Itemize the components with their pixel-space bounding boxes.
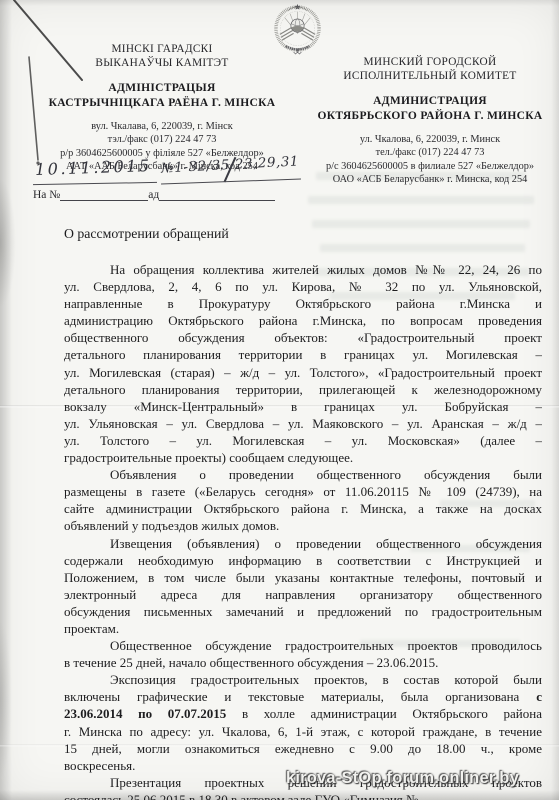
body-line-bold-text: с	[536, 689, 542, 704]
bleed-through-text	[308, 196, 534, 204]
body-line-text: Объявления о проведении общественного об…	[110, 467, 542, 482]
letterhead-left: МІНСКІ ГАРАДСКІ ВЫКАНАЎЧЫ КАМІТЭТ АДМІНІ…	[28, 42, 296, 173]
body-line-text: Извещения (объявления) о проведении обще…	[110, 536, 542, 551]
body-line-text: ул. Могилевская (старая) – ж/д – ул. Тол…	[64, 365, 542, 380]
body-line-text: ул. Толстого – ул. Могилевская – ул. Мос…	[64, 433, 542, 448]
bleed-through-text	[320, 244, 525, 252]
body-line: 23.06.2014 по 07.07.2015 в холле админис…	[64, 705, 542, 722]
reply-infix: ад	[148, 189, 159, 201]
body-line-text: воскресенья.	[64, 758, 135, 773]
body-line: администрацию Октябрьского района г.Минс…	[64, 312, 542, 329]
body-line-text: объявлений у подъездов жилых домов.	[64, 518, 279, 533]
body-line-text: в течение 25 дней, начало общественного …	[64, 655, 438, 670]
body-line: детального планирования территории, прил…	[64, 381, 542, 398]
address-line: тел./факс (017) 224 47 73	[303, 146, 557, 159]
body-line-text: 15 дней, могли ознакомиться ежедневно с …	[64, 741, 542, 756]
body-line: сайте администрации Октябрьского района …	[64, 500, 542, 517]
body-line-text: администрацию Октябрьского района г.Минс…	[64, 313, 542, 328]
administration-name-line: АДМИНИСТРАЦИЯ	[303, 94, 557, 108]
committee-name-line: МІНСКІ ГАРАДСКІ	[28, 42, 296, 56]
body-line: проектам.	[64, 620, 542, 637]
reply-reference-line: На №ад	[33, 189, 275, 201]
address-line: ОАО «АСБ Беларусбанк» г. Минска, код 254	[303, 173, 557, 186]
body-line-text: вокзалу «Минск-Центральный» в границах у…	[64, 399, 542, 414]
body-line-text: электронный адреса для направления орган…	[64, 587, 542, 602]
body-line: состоялась 25.06.2015 в 18.30 в актовом …	[64, 791, 542, 800]
body-line-text: ул. Ульяновская – ул. Свердлова – ул. Ма…	[64, 416, 542, 431]
body-line: вокзалу «Минск-Центральный» в границах у…	[64, 398, 542, 415]
address-block: ул. Чкалова, 6, 220039, г. Минск тел./фа…	[303, 133, 557, 187]
reference-block: 10.11.2015 №1-32/35/23,29,31 На №ад	[33, 157, 313, 209]
body-line: общественного обсуждения объектов: «Град…	[64, 329, 542, 346]
committee-name-line: ИСПОЛНИТЕЛЬНЫЙ КОМИТЕТ	[303, 69, 557, 83]
body-line: размещены в газете («Беларусь сегодня» о…	[64, 483, 542, 500]
letter-subject: О рассмотрении обращений	[64, 226, 229, 242]
body-line-text: размещены в газете («Беларусь сегодня» о…	[64, 484, 542, 499]
body-line-text: Общественное обсуждение градостроительны…	[110, 638, 542, 653]
body-line-text: проектам.	[64, 621, 119, 636]
committee-name-line: ВЫКАНАЎЧЫ КАМІТЭТ	[28, 56, 296, 70]
body-line: Общественное обсуждение градостроительны…	[64, 637, 542, 654]
reply-date-blank	[159, 190, 275, 201]
body-line: На обращения коллектива жителей жилых до…	[64, 261, 542, 278]
body-line: ул. Могилевская (старая) – ж/д – ул. Тол…	[64, 364, 542, 381]
address-line: вул. Чкалава, 6, 220039, г. Мінск	[28, 120, 296, 133]
body-line-text: направленные в Прокуратуру Октябрьского …	[64, 296, 542, 311]
body-line-text: градостроительные проекты) сообщаем след…	[64, 450, 353, 465]
body-line-text: включены графические и текстовые материа…	[64, 689, 536, 704]
handwritten-date: 10.11.2015	[35, 156, 152, 179]
body-line-text: На обращения коллектива жителей жилых до…	[110, 262, 542, 277]
committee-name-line: МИНСКИЙ ГОРОДСКОЙ	[303, 55, 557, 69]
body-line-text: сайте администрации Октябрьского района …	[64, 501, 542, 516]
body-line: Экспозиция градостроительных проектов, в…	[64, 671, 542, 688]
body-line: градостроительные проекты) сообщаем след…	[64, 449, 542, 466]
body-line-text: общественного обсуждения объектов: «Град…	[64, 330, 542, 345]
body-line: направленные в Прокуратуру Октябрьского …	[64, 295, 542, 312]
date-underline	[33, 182, 157, 185]
administration-name-line: АДМІНІСТРАЦЫЯ	[28, 81, 296, 95]
forum-watermark: kirova-StOp.forum.onliner.by	[286, 769, 519, 788]
body-line: электронный адреса для направления орган…	[64, 586, 542, 603]
scanned-letter-page: МІНСКІ ГАРАДСКІ ВЫКАНАЎЧЫ КАМІТЭТ АДМІНІ…	[0, 0, 559, 800]
body-line-text: детального планирования территории в гра…	[64, 347, 542, 362]
reply-prefix: На №	[33, 189, 60, 201]
body-line-text: детального планирования территории, прил…	[64, 382, 542, 397]
body-line-text: г. Минска по адресу: ул. Чкалова, 6, 1-й…	[64, 724, 542, 739]
body-line: включены графические и текстовые материа…	[64, 688, 542, 705]
body-line-text: состоялась 25.06.2015 в 18.30 в актовом …	[64, 792, 418, 800]
address-line: р/с 3604625600005 в филиале 527 «Белжелд…	[303, 160, 557, 173]
body-line-text: Экспозиция градостроительных проектов, в…	[110, 672, 542, 687]
body-line: в течение 25 дней, начало общественного …	[64, 654, 542, 671]
body-line: детального планирования территории в гра…	[64, 346, 542, 363]
body-line: объявлений у подъездов жилых домов.	[64, 517, 542, 534]
number-underline	[161, 179, 301, 185]
administration-name-line: КАСТРЫЧНІЦКАГА РАЁНА Г. МІНСКА	[28, 96, 296, 110]
body-line: ул. Свердлова, 2, 4, 6 по ул. Кирова, № …	[64, 278, 542, 295]
body-line: содержали необходимую информацию в соотв…	[64, 552, 542, 569]
body-line: Извещения (объявления) о проведении обще…	[64, 535, 542, 552]
administration-name-line: ОКТЯБРЬСКОГО РАЙОНА Г. МИНСКА	[303, 109, 557, 123]
body-line: ул. Толстого – ул. Могилевская – ул. Мос…	[64, 432, 542, 449]
address-line: тэл./факс (017) 224 47 73	[28, 133, 296, 146]
address-line: ул. Чкалова, 6, 220039, г. Минск	[303, 133, 557, 146]
scan-smudge	[0, 620, 12, 780]
body-line: Объявления о проведении общественного об…	[64, 466, 542, 483]
body-line-text: обсуждения письменных замечаний и предло…	[64, 604, 542, 619]
body-line: г. Минска по адресу: ул. Чкалова, 6, 1-й…	[64, 723, 542, 740]
body-line: 15 дней, могли ознакомиться ежедневно с …	[64, 740, 542, 757]
body-line-text: Положением, в том числе были указаны кон…	[64, 570, 542, 585]
bleed-through-text	[312, 220, 530, 228]
scan-smudge	[0, 178, 16, 308]
body-line-text: содержали необходимую информацию в соотв…	[64, 553, 542, 568]
body-line-bold-text: 23.06.2014 по 07.07.2015	[64, 706, 226, 721]
body-line: ул. Ульяновская – ул. Свердлова – ул. Ма…	[64, 415, 542, 432]
letterhead-right: МИНСКИЙ ГОРОДСКОЙ ИСПОЛНИТЕЛЬНЫЙ КОМИТЕТ…	[303, 55, 557, 186]
body-line-text: ул. Свердлова, 2, 4, 6 по ул. Кирова, № …	[64, 279, 542, 294]
body-line: Положением, в том числе были указаны кон…	[64, 569, 542, 586]
letter-body: На обращения коллектива жителей жилых до…	[64, 261, 542, 800]
body-line: обсуждения письменных замечаний и предло…	[64, 603, 542, 620]
reply-number-blank	[60, 190, 148, 201]
body-line-text: в холле администрации Октябрьского район…	[226, 706, 542, 721]
